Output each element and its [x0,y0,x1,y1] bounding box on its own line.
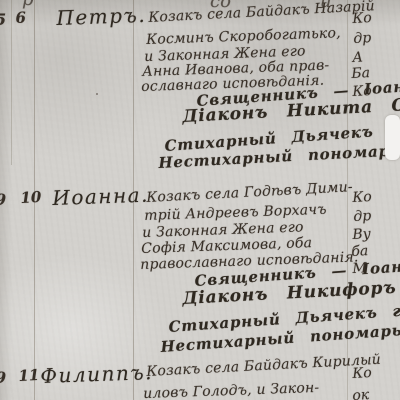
ink-dot [96,93,98,95]
right-column-fragment: Ко [352,10,372,27]
edge-mark: 9 [0,368,6,387]
right-column-fragment: ба [351,243,369,260]
edge-mark: 9 [0,190,6,209]
right-column-fragment: др [353,30,372,47]
register-scan-page: р со й 5 6 Петръ. Козакъ села Байдакъ На… [0,0,400,400]
right-column-fragment: Ко [352,365,372,382]
right-column-fragment: Ко [352,189,372,206]
right-column-fragment: ок [352,387,370,400]
scan-artifact-patch [385,115,400,160]
right-column-fragment: Ко [352,83,372,100]
record-body-line: иловъ Голодъ, и Закон- [143,380,320,400]
right-column-fragment: др [353,208,372,225]
right-column-fragment: Ба [351,65,370,82]
margin-number: 10 [20,188,42,207]
record-body-line: Козакъ села Байдакъ Назарій [148,0,375,26]
entry-name: Петръ. [56,3,147,30]
entry-name: Иоанна. [52,183,149,210]
right-column-fragment: Ву [352,226,371,243]
right-column-fragment: М [352,260,367,277]
margin-number: 6 [15,8,26,27]
right-column-fragment: А [352,49,363,66]
edge-mark: 5 [0,10,6,29]
entry-name: Филиппъ. [40,360,153,388]
column-rule-left-outer [11,0,12,165]
margin-number: 11 [18,366,40,385]
